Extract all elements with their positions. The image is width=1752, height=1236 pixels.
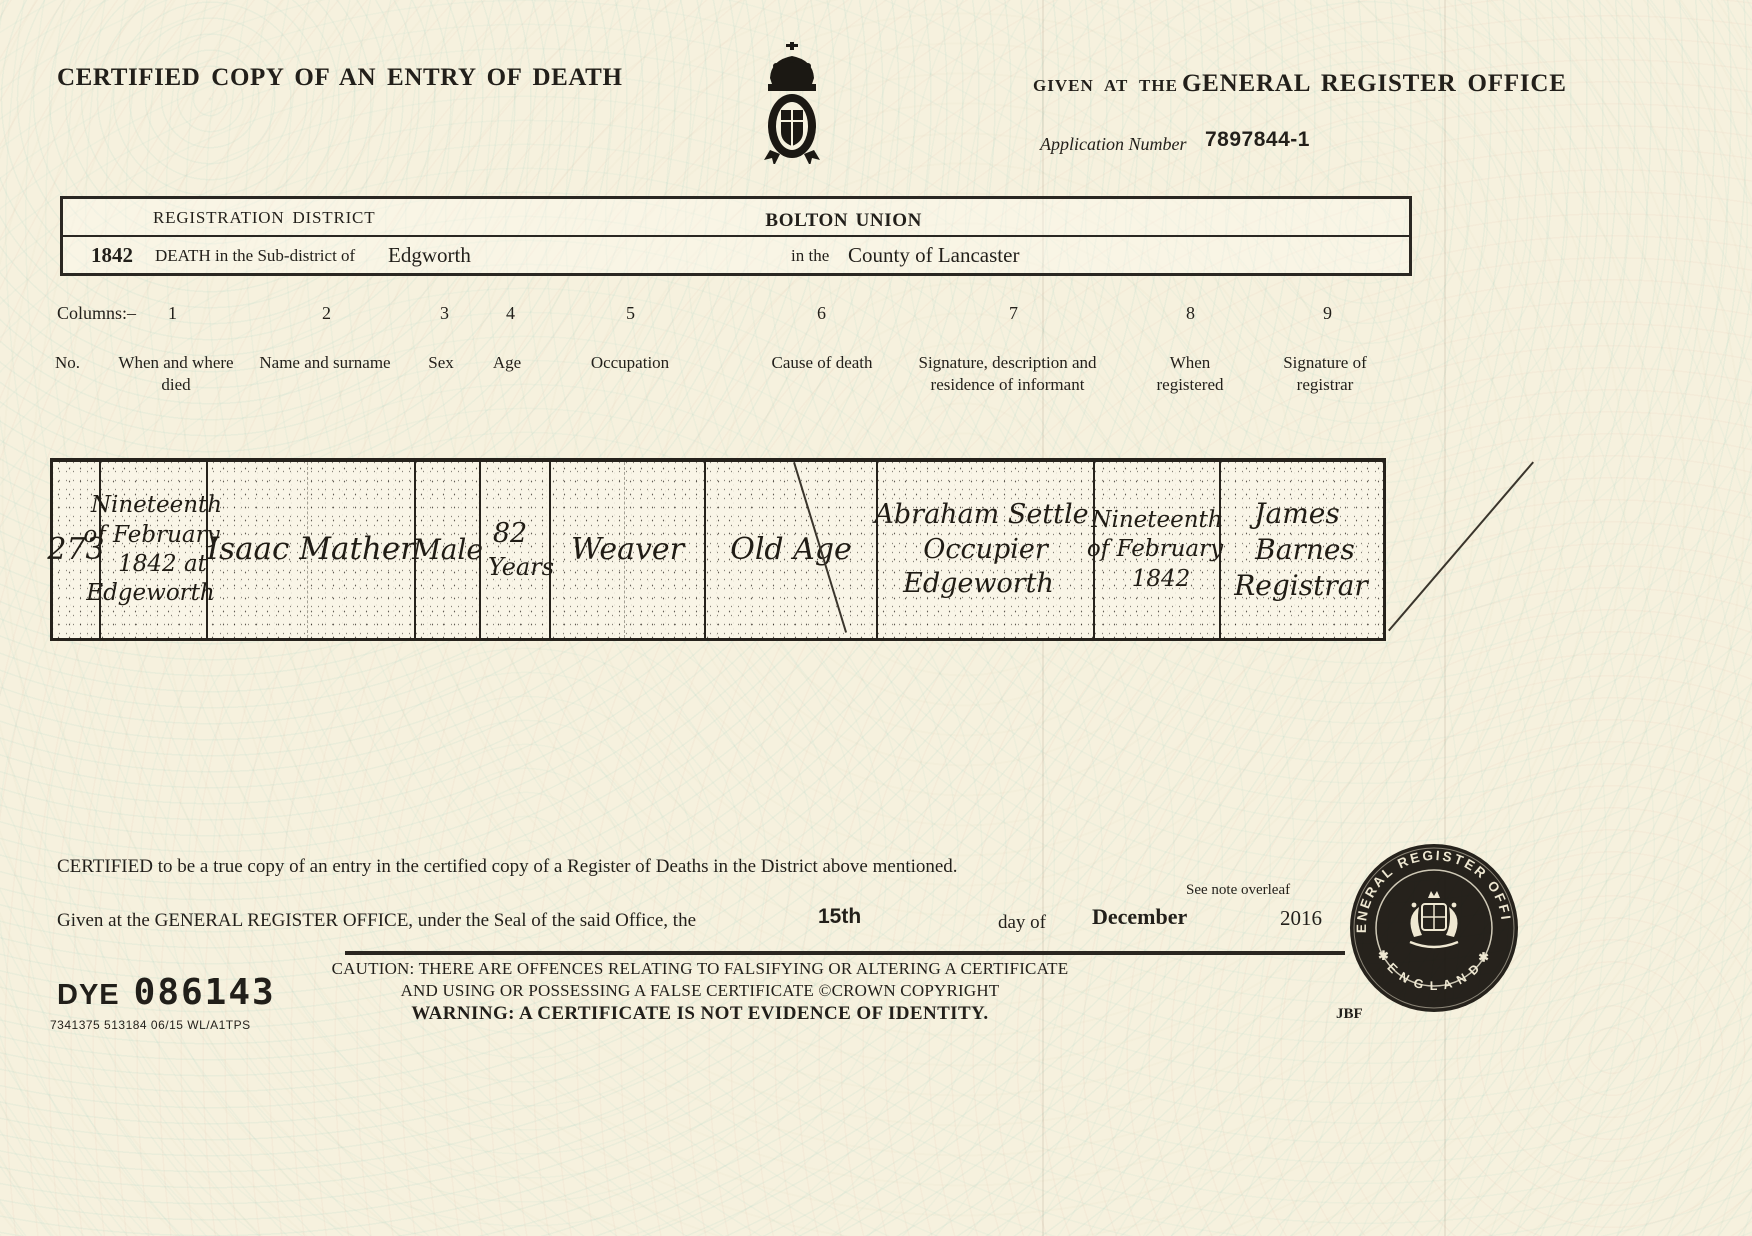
registered-line-3: 1842 xyxy=(1132,565,1191,594)
cell-sex: Male xyxy=(416,462,481,638)
issue-day: 15th xyxy=(818,905,861,929)
sex-value: Male xyxy=(412,532,483,568)
subdistrict-label: DEATH in the Sub-district of xyxy=(155,246,355,266)
occupation-value: Weaver xyxy=(571,531,684,569)
cell-informant: Abraham Settle Occupier Edgeworth xyxy=(878,462,1095,638)
issue-year: 2016 xyxy=(1280,906,1322,931)
cell-when-where-died: Nineteenth of February 1842 at Edgeworth xyxy=(101,462,208,638)
gro-seal: GENERAL REGISTER OFFICE ✱ E N G L A N D … xyxy=(1348,842,1520,1014)
fold-crease-right xyxy=(1444,0,1446,1236)
separator-rule xyxy=(345,951,1345,955)
given-at-line: GIVEN AT THE GENERAL REGISTER OFFICE xyxy=(1033,70,1567,98)
when-where-line-2: of February xyxy=(83,521,219,550)
caution-line-1: CAUTION: THERE ARE OFFENCES RELATING TO … xyxy=(330,958,1070,980)
see-note-overleaf: See note overleaf xyxy=(1186,882,1290,899)
cell-occupation: Weaver xyxy=(551,462,706,638)
serial-prefix: DYE xyxy=(57,979,120,1011)
cell-when-registered: Nineteenth of February 1842 xyxy=(1095,462,1221,638)
corner-pen-stroke xyxy=(1388,461,1534,631)
registration-district-label: REGISTRATION DISTRICT xyxy=(153,208,375,228)
issue-month: December xyxy=(1092,904,1187,930)
cell-name-surname: Isaac Mather xyxy=(208,462,416,638)
column-number-2: 2 xyxy=(322,303,331,324)
print-codes: 7341375 513184 06/15 WL/A1TPS xyxy=(50,1018,251,1032)
application-number-label: Application Number xyxy=(1040,134,1187,155)
column-header-sex: Sex xyxy=(415,352,467,374)
column-number-6: 6 xyxy=(817,303,826,324)
column-header-registered: When registered xyxy=(1140,352,1240,396)
column-header-name: Name and surname xyxy=(225,352,425,374)
informant-line-1: Abraham Settle xyxy=(874,498,1088,533)
serial-number: 086143 xyxy=(134,972,276,1013)
caution-line-2: AND USING OR POSSESSING A FALSE CERTIFIC… xyxy=(330,980,1070,1002)
certificate-title: CERTIFIED COPY OF AN ENTRY OF DEATH xyxy=(57,64,623,92)
column-number-1: 1 xyxy=(168,303,177,324)
caution-block: CAUTION: THERE ARE OFFENCES RELATING TO … xyxy=(330,958,1070,1003)
column-header-registrar: Signature of registrar xyxy=(1268,352,1382,396)
death-certificate-page: CERTIFIED COPY OF AN ENTRY OF DEATH GIVE… xyxy=(0,0,1752,1236)
given-at-statement: Given at the GENERAL REGISTER OFFICE, un… xyxy=(57,910,696,932)
district-box-row2: 1842 DEATH in the Sub-district of Edgwor… xyxy=(63,237,1409,273)
royal-arms-icon xyxy=(748,42,836,164)
in-the-label: in the xyxy=(791,246,829,266)
registration-district-box: REGISTRATION DISTRICT BOLTON UNION 1842 … xyxy=(60,196,1412,276)
column-number-9: 9 xyxy=(1323,303,1332,324)
subdistrict-name: Edgworth xyxy=(388,243,471,268)
warning-line: WARNING: A CERTIFICATE IS NOT EVIDENCE O… xyxy=(330,1003,1070,1025)
column-header-informant: Signature, description and residence of … xyxy=(905,352,1110,396)
register-entry-row: 273 Nineteenth of February 1842 at Edgew… xyxy=(50,458,1386,641)
column-header-no: No. xyxy=(55,352,99,374)
column-header-age: Age xyxy=(481,352,533,374)
registrar-line-1: James xyxy=(1254,496,1339,532)
informant-line-2: Occupier xyxy=(923,533,1048,568)
application-number-value: 7897844-1 xyxy=(1205,128,1310,152)
registered-line-1: Nineteenth xyxy=(1091,506,1222,535)
given-at-prefix: GIVEN AT THE xyxy=(1033,76,1178,95)
column-header-cause: Cause of death xyxy=(747,352,897,374)
district-box-row1: REGISTRATION DISTRICT BOLTON UNION xyxy=(63,199,1409,237)
cell-entry-number: 273 xyxy=(53,462,101,638)
entry-year: 1842 xyxy=(91,243,133,268)
age-line-2: Years xyxy=(488,552,554,583)
when-where-line-3: 1842 at xyxy=(118,550,207,579)
when-where-line-4: Edgeworth xyxy=(86,579,214,608)
county-name: County of Lancaster xyxy=(848,243,1019,268)
cell-registrar-signature: James Barnes Registrar xyxy=(1221,462,1383,638)
when-where-line-1: Nineteenth xyxy=(91,491,222,520)
column-number-5: 5 xyxy=(626,303,635,324)
columns-label: Columns:– xyxy=(57,303,136,324)
certified-statement: CERTIFIED to be a true copy of an entry … xyxy=(57,856,958,878)
cell-cause-of-death: Old Age xyxy=(706,462,878,638)
age-line-1: 82 xyxy=(493,517,527,552)
name-surname-value: Isaac Mather xyxy=(207,530,415,570)
column-header-when-where: When and where died xyxy=(116,352,236,396)
certificate-serial: DYE086143 xyxy=(57,972,276,1013)
cell-age: 82 Years xyxy=(481,462,551,638)
informant-line-3: Edgeworth xyxy=(903,567,1054,602)
day-of-label: day of xyxy=(998,912,1046,934)
column-number-8: 8 xyxy=(1186,303,1195,324)
cause-of-death-value: Old Age xyxy=(730,531,852,569)
registrar-line-3: Registrar xyxy=(1234,568,1368,604)
column-number-3: 3 xyxy=(440,303,449,324)
column-number-7: 7 xyxy=(1009,303,1018,324)
column-header-occupation: Occupation xyxy=(560,352,700,374)
registrar-line-2: Barnes xyxy=(1255,532,1355,568)
gro-title: GENERAL REGISTER OFFICE xyxy=(1182,70,1567,97)
district-name: BOLTON UNION xyxy=(765,210,922,232)
column-number-4: 4 xyxy=(506,303,515,324)
registered-line-2: of February xyxy=(1087,535,1223,564)
